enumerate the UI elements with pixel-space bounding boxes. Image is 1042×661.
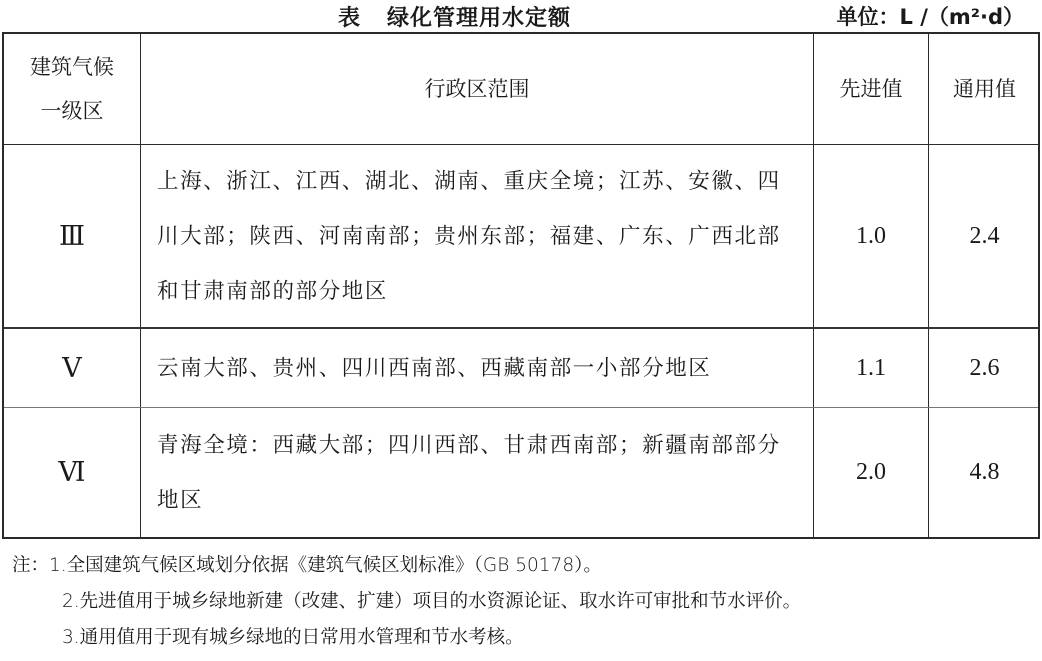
note-1: 注：1.全国建筑气候区域划分依据《建筑气候区划标准》（GB 50178）。 [0,548,1042,584]
table-row: Ⅴ 云南大部、贵州、四川西南部、西藏南部一小部分地区 1.1 2.6 [4,329,1038,408]
general-value: 4.8 [970,459,1000,486]
zone-value: Ⅲ [59,221,85,252]
advanced-value: 2.0 [856,459,886,486]
unit-label: 单位：L /（m²·d） [837,1,1024,31]
general-cell: 2.4 [929,145,1040,327]
zone-cell: Ⅲ [4,145,141,327]
advanced-value: 1.0 [856,223,886,250]
region-cell: 青海全境：西藏大部；四川西部、甘肃西南部；新疆南部部分地区 [141,408,814,537]
note-3: 3.通用值用于现有城乡绿地的日常用水管理和节水考核。 [0,620,1042,656]
region-value: 上海、浙江、江西、湖北、湖南、重庆全境；江苏、安徽、四川大部；陕西、河南南部；贵… [157,154,803,319]
general-cell: 4.8 [929,408,1040,537]
table-row: Ⅵ 青海全境：西藏大部；四川西部、甘肃西南部；新疆南部部分地区 2.0 4.8 [4,408,1038,537]
header-climate-zone-line2: 一级区 [30,89,114,133]
zone-cell: Ⅴ [4,329,141,407]
zone-cell: Ⅵ [4,408,141,537]
advanced-value: 1.1 [856,355,886,382]
header-general-value: 通用值 [929,34,1040,144]
header-general-label: 通用值 [953,67,1016,111]
table-notes: 注：1.全国建筑气候区域划分依据《建筑气候区划标准》（GB 50178）。 2.… [0,548,1042,656]
region-cell: 云南大部、贵州、四川西南部、西藏南部一小部分地区 [141,329,814,407]
water-quota-table: 建筑气候 一级区 行政区范围 先进值 通用值 Ⅲ 上海、浙江、江西、湖北、湖南、… [2,32,1040,539]
advanced-cell: 1.0 [814,145,929,327]
table-caption: 表 绿化管理用水定额 单位：L /（m²·d） [0,0,1042,32]
table-header-row: 建筑气候 一级区 行政区范围 先进值 通用值 [4,34,1038,145]
header-climate-zone: 建筑气候 一级区 [4,34,141,144]
header-advanced-value: 先进值 [814,34,929,144]
note-2: 2.先进值用于城乡绿地新建（改建、扩建）项目的水资源论证、取水许可审批和节水评价… [0,584,1042,620]
general-value: 2.6 [970,355,1000,382]
region-value: 青海全境：西藏大部；四川西部、甘肃西南部；新疆南部部分地区 [157,418,803,528]
advanced-cell: 1.1 [814,329,929,407]
region-value: 云南大部、贵州、四川西南部、西藏南部一小部分地区 [157,341,803,396]
table-title: 表 绿化管理用水定额 [338,1,571,32]
zone-value: Ⅴ [62,353,82,384]
header-region: 行政区范围 [141,34,814,144]
header-region-label: 行政区范围 [425,67,530,111]
region-cell: 上海、浙江、江西、湖北、湖南、重庆全境；江苏、安徽、四川大部；陕西、河南南部；贵… [141,145,814,327]
zone-value: Ⅵ [58,457,85,488]
header-advanced-label: 先进值 [840,67,903,111]
general-cell: 2.6 [929,329,1040,407]
header-climate-zone-line1: 建筑气候 [30,45,114,89]
general-value: 2.4 [970,223,1000,250]
table-row: Ⅲ 上海、浙江、江西、湖北、湖南、重庆全境；江苏、安徽、四川大部；陕西、河南南部… [4,145,1038,329]
advanced-cell: 2.0 [814,408,929,537]
